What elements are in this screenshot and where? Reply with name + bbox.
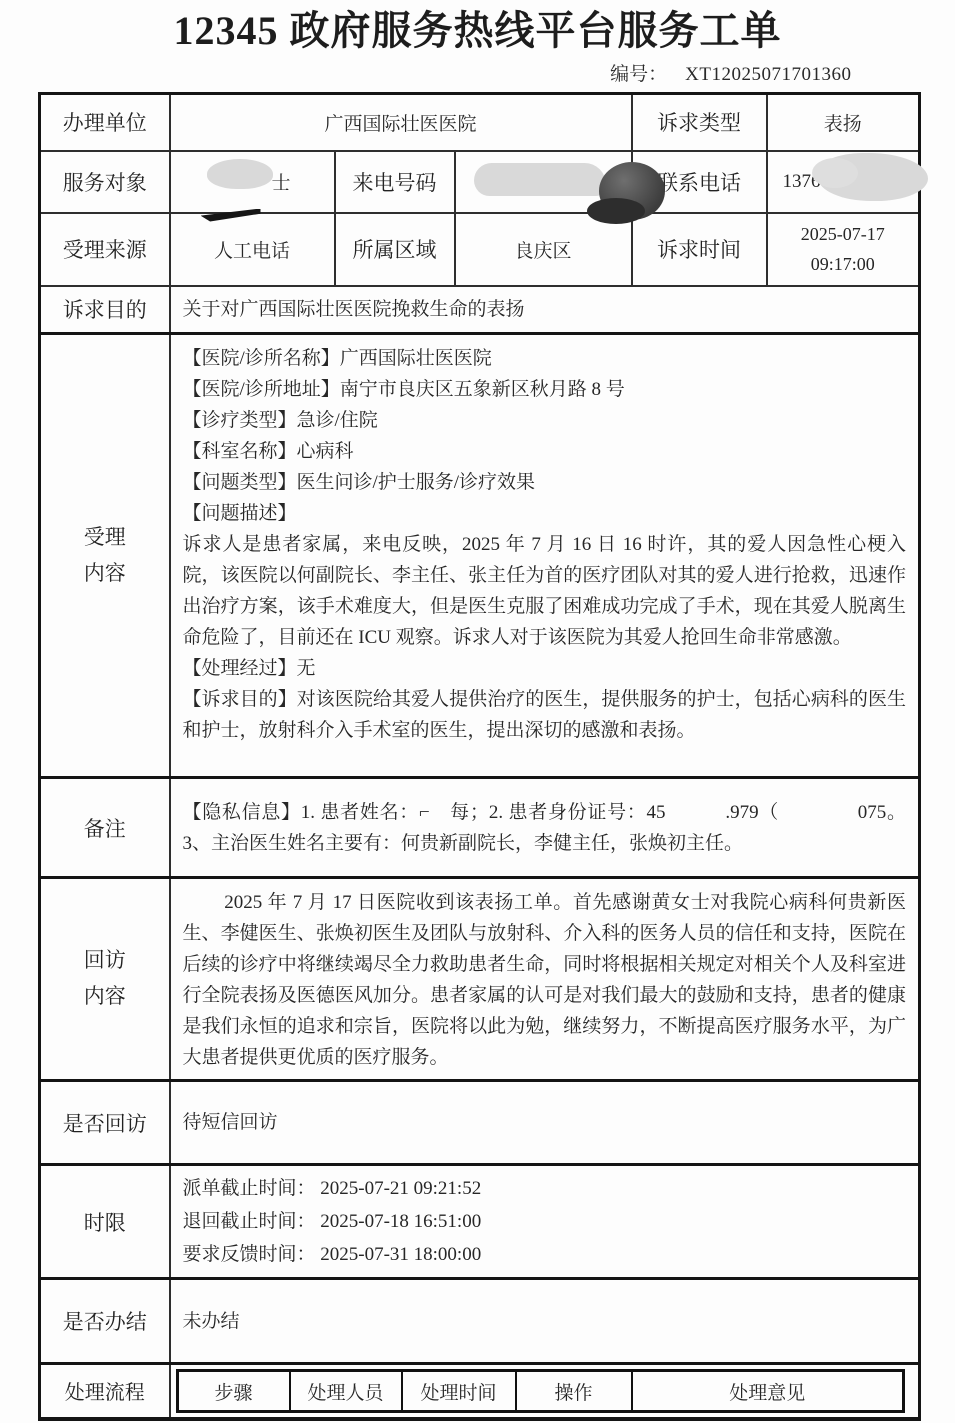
row-process-flow: 处理流程 步骤 处理人员 处理时间 操作 处理意见	[40, 1364, 920, 1419]
field-value-follow-up: 待短信回访	[170, 1081, 920, 1165]
process-header-opinion: 处理意见	[631, 1372, 903, 1410]
field-label-handle-unit: 办理单位	[40, 94, 170, 151]
row-deadline: 时限 派单截止时间： 2025-07-21 09:21:52 退回截止时间： 2…	[40, 1165, 920, 1279]
process-flow-header-strip: 步骤 处理人员 处理时间 操作 处理意见	[176, 1369, 906, 1413]
field-value-contact-phone: 1376	[767, 151, 920, 213]
acceptance-line: 【处理经过】无	[183, 653, 907, 684]
row-follow-up: 是否回访 待短信回访	[40, 1081, 920, 1165]
revisit-text: 2025 年 7 月 17 日医院收到该表扬工单。首先感谢黄女士对我院心病科何贵…	[183, 887, 907, 1073]
redaction-blob-name	[207, 159, 273, 189]
acceptance-line: 【医院/诊所地址】南宁市良庆区五象新区秋月路 8 号	[183, 374, 907, 405]
process-header-time: 处理时间	[401, 1372, 515, 1410]
field-value-completion: 未办结	[170, 1279, 920, 1364]
field-label-process-flow: 处理流程	[40, 1364, 170, 1419]
acceptance-problem-description: 诉求人是患者家属，来电反映，2025 年 7 月 16 日 16 时许，其的爱人…	[183, 529, 907, 653]
revisit-label-text: 回访内容	[82, 943, 127, 1014]
acceptance-line: 【医院/诊所名称】广西国际壮医医院	[183, 343, 907, 374]
row-revisit-content: 回访内容 2025 年 7 月 17 日医院收到该表扬工单。首先感谢黄女士对我院…	[40, 878, 920, 1081]
field-label-deadline: 时限	[40, 1165, 170, 1279]
field-value-handle-unit: 广西国际壮医医院	[170, 94, 632, 151]
redaction-blob-phone-lobe	[812, 158, 858, 188]
field-label-appeal-time: 诉求时间	[632, 213, 767, 286]
field-label-follow-up: 是否回访	[40, 1081, 170, 1165]
row-service-target: 服务对象 士 来电号码 联系电话 1376	[40, 151, 920, 213]
deadline-dispatch-line: 派单截止时间： 2025-07-21 09:21:52	[183, 1172, 907, 1205]
field-value-deadline: 派单截止时间： 2025-07-21 09:21:52 退回截止时间： 2025…	[170, 1165, 920, 1279]
field-value-caller-number	[455, 151, 632, 213]
acceptance-line: 【问题类型】医生问诊/护士服务/诊疗效果	[183, 467, 907, 498]
field-value-appeal-type: 表扬	[767, 94, 920, 151]
redaction-blob-caller-number	[474, 163, 606, 196]
field-label-district: 所属区域	[335, 213, 455, 286]
field-label-remarks: 备注	[40, 778, 170, 878]
row-acceptance-content: 受理内容 【医院/诊所名称】广西国际壮医医院 【医院/诊所地址】南宁市良庆区五象…	[40, 334, 920, 778]
field-label-acceptance: 受理内容	[40, 334, 170, 778]
field-label-service-target: 服务对象	[40, 151, 170, 213]
deadline-feedback-line: 要求反馈时间： 2025-07-31 18:00:00	[183, 1238, 907, 1271]
process-header-step: 步骤	[179, 1372, 289, 1410]
acceptance-line: 【科室名称】心病科	[183, 436, 907, 467]
work-order-table: 办理单位 广西国际壮医医院 诉求类型 表扬 服务对象 士 来电号码 联系电话 1…	[38, 92, 921, 1421]
field-value-revisit: 2025 年 7 月 17 日医院收到该表扬工单。首先感谢黄女士对我院心病科何贵…	[170, 878, 920, 1081]
field-value-district: 良庆区	[455, 213, 632, 286]
field-label-caller-number: 来电号码	[335, 151, 455, 213]
field-label-revisit: 回访内容	[40, 878, 170, 1081]
redaction-blob-dark-circle	[599, 162, 665, 220]
page-title: 12345 政府服务热线平台服务工单	[0, 0, 955, 56]
acceptance-line: 【诊疗类型】急诊/住院	[183, 405, 907, 436]
field-value-appeal-purpose: 关于对广西国际壮医医院挽救生命的表扬	[170, 286, 920, 334]
serial-label: 编号：	[610, 64, 667, 85]
accept-source-text: 人工电话	[214, 241, 290, 262]
field-label-completion: 是否办结	[40, 1279, 170, 1364]
field-label-appeal-type: 诉求类型	[632, 94, 767, 151]
field-label-accept-source: 受理来源	[40, 213, 170, 286]
acceptance-line: 【问题描述】	[183, 498, 907, 529]
serial-value: XT12025071701360	[685, 64, 851, 85]
row-remarks: 备注 【隐私信息】1. 患者姓名：⌐ 每；2. 患者身份证号：45 .979（ …	[40, 778, 920, 878]
acceptance-appeal-purpose: 【诉求目的】对该医院给其爱人提供治疗的医生，提供服务的护士，包括心病科的医生和护…	[183, 684, 907, 746]
acceptance-label-text: 受理内容	[82, 520, 127, 591]
work-order-document: 12345 政府服务热线平台服务工单 编号：XT12025071701360 办…	[0, 0, 955, 1423]
field-value-appeal-time: 2025-07-17 09:17:00	[767, 213, 920, 286]
field-value-accept-source: 人工电话	[170, 213, 335, 286]
row-completion: 是否办结 未办结	[40, 1279, 920, 1364]
remarks-text: 【隐私信息】1. 患者姓名：⌐ 每；2. 患者身份证号：45 .979（ 075…	[183, 797, 907, 859]
deadline-return-line: 退回截止时间： 2025-07-18 16:51:00	[183, 1205, 907, 1238]
field-value-service-target: 士	[170, 151, 335, 213]
process-header-operation: 操作	[515, 1372, 631, 1410]
row-appeal-purpose: 诉求目的 关于对广西国际壮医医院挽救生命的表扬	[40, 286, 920, 334]
field-value-acceptance: 【医院/诊所名称】广西国际壮医医院 【医院/诊所地址】南宁市良庆区五象新区秋月路…	[170, 334, 920, 778]
field-label-appeal-purpose: 诉求目的	[40, 286, 170, 334]
serial-number-line: 编号：XT12025071701360	[38, 59, 918, 86]
process-flow-header-cell: 步骤 处理人员 处理时间 操作 处理意见	[170, 1364, 920, 1419]
field-value-remarks: 【隐私信息】1. 患者姓名：⌐ 每；2. 患者身份证号：45 .979（ 075…	[170, 778, 920, 878]
row-handle-unit: 办理单位 广西国际壮医医院 诉求类型 表扬	[40, 94, 920, 151]
row-accept-source: 受理来源 人工电话 所属区域 良庆区 诉求时间 2025-07-17 09:17…	[40, 213, 920, 286]
process-header-handler: 处理人员	[289, 1372, 401, 1410]
